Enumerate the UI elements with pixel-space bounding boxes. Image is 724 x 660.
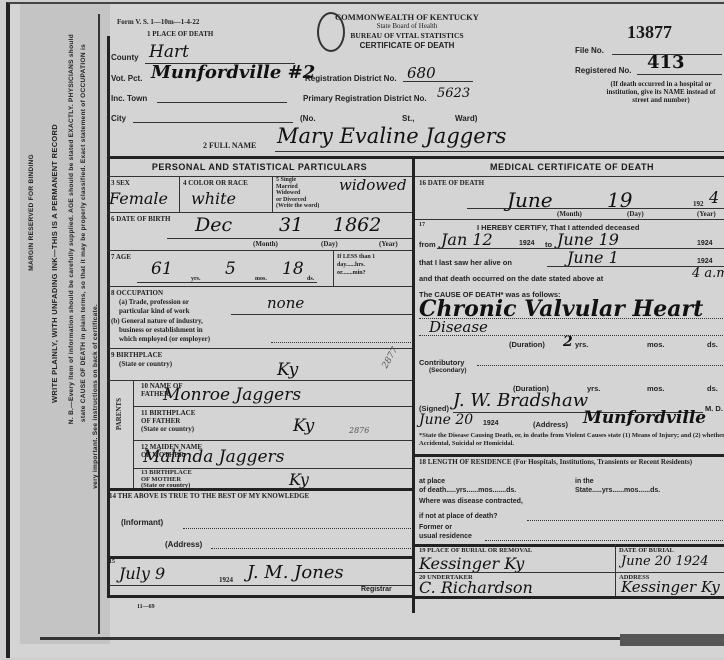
residence-at-place: at place <box>419 478 445 485</box>
dod-year-caption: (Year) <box>697 210 716 218</box>
race-value: white <box>191 189 236 208</box>
contributory-line <box>477 365 724 366</box>
occurred-text: and that death occurred on the date stat… <box>419 274 603 283</box>
former-residence-1: Former or <box>419 524 452 531</box>
occupation-b-label: (b) General nature of industry, <box>111 317 210 326</box>
city-label: City <box>111 114 126 123</box>
certificate-form: Form V. S. 1—10m—1-4-22 1 PLACE OF DEATH… <box>107 8 724 608</box>
physician-address-value: Munfordville <box>583 408 706 428</box>
undertaker-address-value: Kessinger Ky <box>621 578 720 596</box>
margin-reserved-text: MARGIN RESERVED FOR BINDING <box>28 154 35 271</box>
hospital-note: (If death occurred in a hospital or inst… <box>599 80 723 104</box>
duration-yrs: yrs. <box>575 340 588 349</box>
informant-label: (Informant) <box>121 518 163 527</box>
signed-year: 1924 <box>483 420 499 427</box>
cause-line-2: Disease <box>429 318 488 336</box>
inc-town-label: Inc. Town <box>111 94 147 103</box>
attended-from-value: Jan 12 <box>441 230 493 249</box>
occupation-a-label: particular kind of work <box>111 307 189 316</box>
dob-year: 1862 <box>333 214 381 236</box>
former-residence-line <box>485 540 724 541</box>
father-birthplace-label-line: OF FATHER <box>141 417 195 425</box>
reg-district-label: Registration District No. <box>305 74 397 83</box>
race-label: 4 COLOR OR RACE <box>183 179 248 187</box>
father-birthplace-line <box>133 440 412 441</box>
reg-district-value: 680 <box>407 64 436 82</box>
dod-line <box>467 208 724 209</box>
duration-years: 2 <box>563 334 573 350</box>
dob-day: 31 <box>279 214 303 236</box>
dod-month-caption: (Month) <box>557 210 582 218</box>
occupation-row-line <box>107 348 412 349</box>
true-statement: 14 THE ABOVE IS TRUE TO THE BEST OF MY K… <box>109 492 309 500</box>
less-than-day-line: or.......min? <box>337 269 375 277</box>
place-of-death-heading: 1 PLACE OF DEATH <box>147 30 213 38</box>
contributory-label: Contributory <box>419 358 464 367</box>
certify-number: 17 <box>419 222 425 228</box>
file-number-value: 13877 <box>627 22 672 43</box>
signed-date: June 20 <box>419 412 473 428</box>
race-marital-divider <box>272 176 273 212</box>
dod-year-suffix: 4 <box>709 188 719 207</box>
birthplace-label: 9 BIRTHPLACE <box>111 351 172 360</box>
parents-label: PARENTS <box>115 398 123 430</box>
if-not-place: if not at place of death? <box>419 513 498 520</box>
mother-name-value: Malinda Jaggers <box>143 447 284 467</box>
attended-from-label: from <box>419 240 436 249</box>
undertaker-value: C. Richardson <box>419 578 533 597</box>
father-name-value: Monroe Jaggers <box>163 385 301 405</box>
footer-code: 11—69 <box>137 604 155 610</box>
occupation-value: none <box>267 294 304 312</box>
occupation-label-block: 8 OCCUPATION (a) Trade, profession or pa… <box>111 289 189 316</box>
margin-note-1: 2877 <box>380 346 400 371</box>
residence-in-the: in the <box>575 478 594 485</box>
burial-value: Kessinger Ky <box>419 554 524 573</box>
dob-year-caption: (Year) <box>379 240 398 248</box>
duration2-yrs: yrs. <box>587 384 600 393</box>
dob-line <box>167 238 412 239</box>
form-number: Form V. S. 1—10m—1-4-22 <box>117 18 199 26</box>
registered-number-value: 413 <box>647 52 685 73</box>
binding-divider <box>98 14 100 634</box>
occurred-time: 4 a.m. <box>692 266 724 281</box>
personal-section-title: PERSONAL AND STATISTICAL PARTICULARS <box>107 162 412 172</box>
burial-date-label: DATE OF BURIAL <box>619 547 674 554</box>
scan-shadow <box>620 634 724 646</box>
residence-of-death: of death.....yrs......mos.......ds. <box>419 487 516 494</box>
occupation-b-block: (b) General nature of industry, business… <box>111 317 210 344</box>
county-label: County <box>111 53 139 62</box>
mother-birthplace-label: 13 BIRTHPLACE OF MOTHER (State or countr… <box>141 470 192 490</box>
sex-value: Female <box>109 189 168 208</box>
duration2-mos: mos. <box>647 384 665 393</box>
dod-year-prefix: 192 <box>693 200 704 208</box>
bureau-name: BUREAU OF VITAL STATISTICS <box>327 31 487 40</box>
if-not-line <box>527 520 724 521</box>
father-birthplace-value: Ky <box>293 416 314 436</box>
filed-year: 1924 <box>219 576 233 584</box>
binding-margin: MARGIN RESERVED FOR BINDING WRITE PLAINL… <box>20 4 110 644</box>
birthplace-value: Ky <box>277 360 298 380</box>
registered-number-label: Registered No. <box>575 66 631 75</box>
occupation-b-line <box>271 342 411 343</box>
state-name: COMMONWEALTH OF KENTUCKY <box>327 12 487 22</box>
father-birthplace-label-line: 11 BIRTHPLACE <box>141 409 195 417</box>
occupation-b-label: which employed (or employer) <box>111 335 210 344</box>
attended-to-value: June 19 <box>557 230 619 249</box>
registrar-label: Registrar <box>361 586 392 593</box>
parents-divider <box>133 380 134 488</box>
informant-bottom-line <box>107 556 412 559</box>
residence-state: State.....yrs......mos......ds. <box>575 487 660 494</box>
marital-label: 5 Single Married Widowed or Divorced (Wr… <box>276 177 319 210</box>
age-years: 61 <box>151 259 173 279</box>
dod-row-line <box>415 219 724 220</box>
age-months: 5 <box>225 259 236 279</box>
margin-instruction-2: N. B.—Every item of information should b… <box>68 34 75 424</box>
informant-address-label: (Address) <box>165 540 202 549</box>
dob-day-caption: (Day) <box>321 240 338 248</box>
filed-bottom-line <box>107 595 412 598</box>
duration-label: (Duration) <box>509 340 545 349</box>
margin-note-2: 2876 <box>349 426 369 435</box>
less-than-day-line: If LESS than 1 <box>337 253 375 261</box>
duration-ds: ds. <box>707 340 718 349</box>
board-name: State Board of Health <box>327 22 487 30</box>
primary-reg-label: Primary Registration District No. <box>303 94 427 103</box>
last-saw-value: June 1 <box>567 248 619 267</box>
contributory-sub: (Secondary) <box>429 367 467 374</box>
section-divider <box>107 156 724 159</box>
birthplace-sub-label: (State or country) <box>111 360 172 369</box>
father-birthplace-label: 11 BIRTHPLACE OF FATHER (State or countr… <box>141 409 195 433</box>
age-divider <box>333 250 334 286</box>
father-birthplace-label-line: (State or country) <box>141 425 195 433</box>
file-number-label: File No. <box>575 46 604 55</box>
md-label: M. D. <box>705 404 723 413</box>
age-label: 7 AGE <box>111 253 131 261</box>
informant-line <box>183 528 411 529</box>
attended-from-year: 1924 <box>519 240 535 247</box>
less-than-day-line: day......hrs. <box>337 261 375 269</box>
margin-instruction-3: state CAUSE OF DEATH in plain terms, so … <box>80 44 87 422</box>
dob-label: 6 DATE OF BIRTH <box>111 215 170 223</box>
dob-row-line <box>107 250 412 251</box>
former-residence-2: usual residence <box>419 533 472 540</box>
dod-day-caption: (Day) <box>627 210 644 218</box>
dob-month: Dec <box>195 214 232 236</box>
residence-label: 18 LENGTH OF RESIDENCE (For Hospitals, I… <box>419 458 724 467</box>
street-no-label: (No. <box>300 114 316 123</box>
duration-mos: mos. <box>647 340 665 349</box>
attended-to-year: 1924 <box>697 240 713 247</box>
duration2-ds: ds. <box>707 384 718 393</box>
sex-row-line <box>107 212 412 213</box>
form-left-border <box>107 36 110 596</box>
birthplace-row-line <box>107 380 412 381</box>
footnote: *State the Disease Causing Death, or, in… <box>419 432 724 447</box>
parents-bottom-line <box>107 488 412 491</box>
death-certificate: MARGIN RESERVED FOR BINDING WRITE PLAINL… <box>6 2 724 658</box>
margin-instruction-1: WRITE PLAINLY, WITH UNFADING INK—THIS IS… <box>50 124 59 403</box>
form-bottom-line <box>415 596 724 599</box>
street-label: St., <box>402 114 414 123</box>
occupation-label: 8 OCCUPATION <box>111 289 189 298</box>
sex-race-divider <box>179 176 180 212</box>
physician-signature: J. W. Bradshaw <box>453 390 588 411</box>
primary-reg-value: 5623 <box>437 86 470 101</box>
age-days: 18 <box>282 259 304 279</box>
medical-header-line <box>415 176 724 177</box>
where-contracted: Where was disease contracted, <box>419 498 523 505</box>
full-name-label: 2 FULL NAME <box>203 141 256 150</box>
occupation-a-line <box>231 314 412 315</box>
filed-date: July 9 <box>119 564 165 583</box>
sex-label: 3 SEX <box>111 179 130 187</box>
full-name-line <box>275 151 724 152</box>
inc-town-line <box>157 102 287 103</box>
registered-number-line <box>637 74 722 75</box>
mother-birthplace-value: Ky <box>289 470 309 489</box>
marital-value: widowed <box>339 176 407 194</box>
dod-label: 16 DATE OF DEATH <box>419 179 484 187</box>
registrar-signature: J. M. Jones <box>247 562 344 583</box>
age-line <box>137 282 317 283</box>
occupation-b-label: business or establishment in <box>111 326 210 335</box>
marital-label-line: (Write the word) <box>276 203 319 210</box>
last-saw-year: 1924 <box>697 258 713 265</box>
burial-label: 19 PLACE OF BURIAL OR REMOVAL <box>419 547 532 554</box>
reg-district-line <box>403 81 473 82</box>
ward-label: Ward) <box>455 114 477 123</box>
occupation-a-label: (a) Trade, profession or <box>111 298 189 307</box>
county-value: Hart <box>149 42 189 62</box>
certificate-title: CERTIFICATE OF DEATH <box>327 41 487 50</box>
city-line <box>133 122 293 123</box>
vot-pct-value: Munfordville #2 <box>151 62 315 83</box>
age-row-line <box>107 286 412 287</box>
burial-date-value: June 20 1924 <box>621 554 709 569</box>
dob-month-caption: (Month) <box>253 240 278 248</box>
burial-row-line <box>415 572 724 573</box>
father-name-line <box>133 406 412 407</box>
full-name-value: Mary Evaline Jaggers <box>277 124 506 148</box>
informant-address-line <box>211 548 411 549</box>
birthplace-label-block: 9 BIRTHPLACE (State or country) <box>111 351 172 369</box>
medical-section-title: MEDICAL CERTIFICATE OF DEATH <box>415 162 724 172</box>
footnote-bottom-line <box>415 454 724 457</box>
vot-pct-label: Vot. Pct. <box>111 74 142 83</box>
last-saw-label: that I last saw her alive on <box>419 258 512 267</box>
physician-address-label: (Address) <box>533 420 568 429</box>
filed-label: 15 <box>109 559 115 565</box>
less-than-day: If LESS than 1 day......hrs. or.......mi… <box>337 253 375 277</box>
burial-divider <box>615 544 616 596</box>
